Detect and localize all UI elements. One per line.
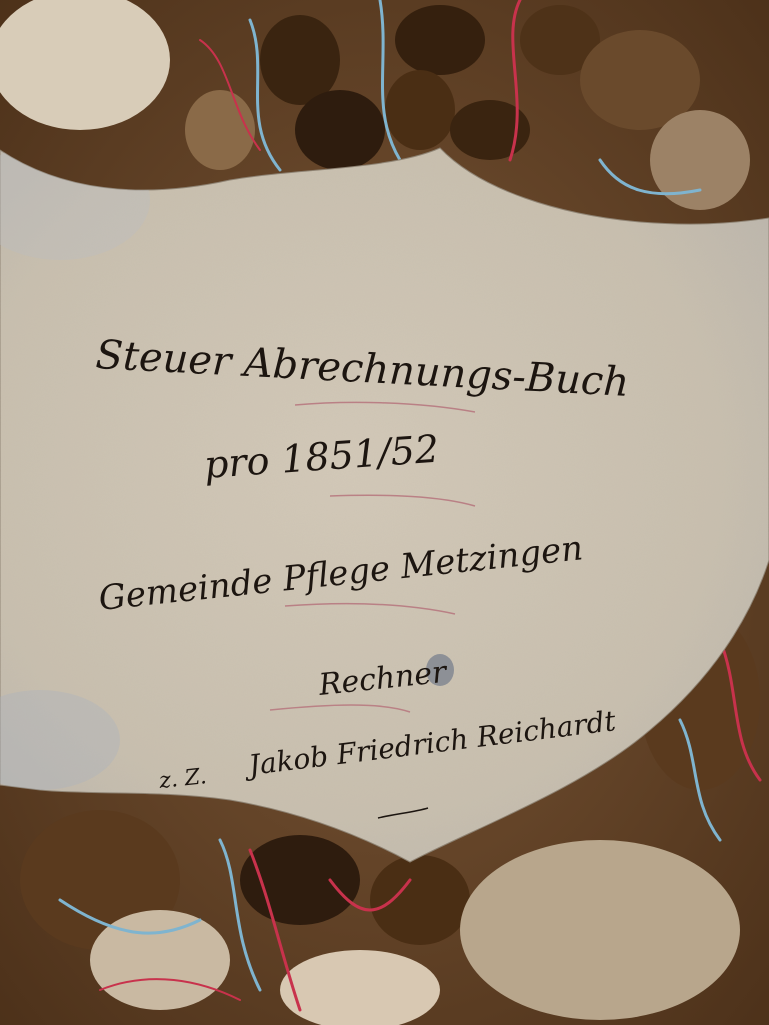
photo: Steuer Abrechnungs-Buch pro 1851/52 Geme… — [0, 0, 769, 1025]
marbled-cover: Steuer Abrechnungs-Buch pro 1851/52 Geme… — [0, 0, 769, 1025]
label-prefix: z. Z. — [157, 764, 208, 794]
